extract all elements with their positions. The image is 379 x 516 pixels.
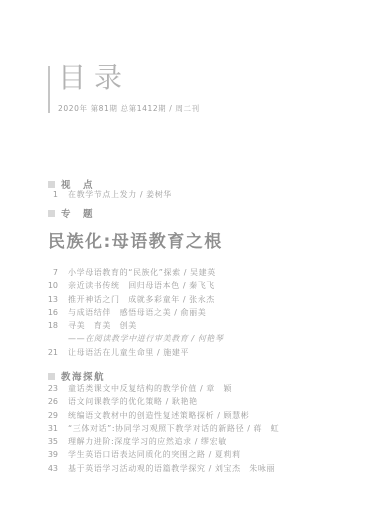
section-marker-icon (48, 373, 55, 380)
author-names: 章 颖 (206, 382, 232, 395)
article-title: 与成语结伴 感悟母语之美 (68, 306, 171, 319)
author-separator: / (209, 448, 212, 461)
author-names: 蒋 虹 (253, 422, 279, 435)
author-separator: / (191, 332, 194, 345)
toc-row: 43 基于英语学习活动观的语篇教学探究 / 刘宝杰 朱咏丽 (47, 462, 359, 475)
page-number: 21 (47, 346, 58, 359)
page-number: 7 (47, 266, 58, 279)
toc-row: 7 小学母语教育的“民族化”探索 / 吴建英 (47, 266, 359, 279)
toc-row: 10 亲近读书传统 回归母语本色 / 秦飞飞 (47, 279, 359, 292)
toc-list-viewpoint: 1 在教学节点上发力 / 姜树华 (47, 188, 359, 201)
toc-row-subtitle: ——在阅读教学中进行审美教育 / 何艳琴 (47, 332, 359, 345)
section-header-feature: 专 题 (48, 206, 94, 220)
toc-row: 21 让母语活在儿童生命里 / 施建平 (47, 346, 359, 359)
article-title: 让母语活在儿童生命里 (68, 346, 154, 359)
author-separator: / (247, 422, 250, 435)
page-number: 10 (47, 279, 58, 292)
author-names: 姜树华 (146, 188, 172, 201)
author-separator: / (200, 382, 203, 395)
toc-row: 1 在教学节点上发力 / 姜树华 (47, 188, 359, 201)
author-names: 秦飞飞 (189, 279, 215, 292)
article-title: 推开神话之门 成就多彩童年 (68, 293, 180, 306)
section-marker-icon (48, 210, 55, 217)
page-number: 13 (47, 293, 58, 306)
author-names: 顾慧彬 (224, 409, 250, 422)
article-title: 学生英语口语表达同质化的突围之路 (68, 448, 206, 461)
page-number: 23 (47, 382, 58, 395)
author-names: 张永杰 (189, 293, 215, 306)
article-title: 寻美 育美 创美 (68, 319, 137, 332)
article-title: 统编语文教材中的创造性复述策略探析 (68, 409, 214, 422)
page-number: 35 (47, 435, 58, 448)
article-title: 语文问课教学的优化策略 (68, 395, 163, 408)
article-title: 在教学节点上发力 (68, 188, 137, 201)
page-number: 31 (47, 422, 58, 435)
article-title: 亲近读书传统 回归母语本色 (68, 279, 180, 292)
issue-info: 2020年 第81期 总第1412期 / 周二刊 (58, 103, 200, 114)
author-separator: / (166, 395, 169, 408)
toc-row: 26 语文问课教学的优化策略 / 耿艳艳 (47, 395, 359, 408)
toc-row: 39 学生英语口语表达同质化的突围之路 / 夏莉莉 (47, 448, 359, 461)
author-names: 施建平 (163, 346, 189, 359)
author-separator: / (209, 462, 212, 475)
page-number: 1 (47, 188, 58, 201)
section-header-teaching: 教海探航 (48, 369, 105, 383)
page-number: 43 (47, 462, 58, 475)
page-header: 目录 2020年 第81期 总第1412期 / 周二刊 (48, 63, 200, 114)
author-separator: / (157, 346, 160, 359)
article-title: “三体对话”:协同学习观照下教学对话的新路径 (68, 422, 244, 435)
section-label: 专 题 (61, 206, 94, 220)
feature-title: 民族化:母语教育之根 (48, 227, 223, 252)
page-number: 29 (47, 409, 58, 422)
author-names: 吴建英 (190, 266, 216, 279)
section-marker-icon (48, 181, 55, 188)
toc-row: 18 寻美 育美 创美 (47, 319, 359, 332)
author-separator: / (174, 306, 177, 319)
section-label: 教海探航 (61, 369, 105, 383)
toc-row: 35 理解力进阶:深度学习的应然追求 / 缪宏敏 (47, 435, 359, 448)
page-title: 目录 (58, 63, 200, 94)
article-title: 小学母语教育的“民族化”探索 (68, 266, 181, 279)
title-rule-icon (48, 66, 50, 113)
toc-row: 23 童话类课文中反复结构的教学价值 / 章 颖 (47, 382, 359, 395)
author-separator: / (184, 266, 187, 279)
author-names: 耿艳艳 (172, 395, 198, 408)
toc-row: 13 推开神话之门 成就多彩童年 / 张永杰 (47, 293, 359, 306)
toc-row: 29 统编语文教材中的创造性复述策略探析 / 顾慧彬 (47, 409, 359, 422)
toc-page: 目录 2020年 第81期 总第1412期 / 周二刊 视 点 1 在教学节点上… (0, 0, 379, 516)
author-names: 刘宝杰 朱咏丽 (215, 462, 275, 475)
article-title: 理解力进阶:深度学习的应然追求 (68, 435, 192, 448)
page-number: 39 (47, 448, 58, 461)
page-number: 26 (47, 395, 58, 408)
article-title: 童话类课文中反复结构的教学价值 (68, 382, 197, 395)
author-names: 何艳琴 (198, 332, 224, 345)
toc-list-teaching: 23 童话类课文中反复结构的教学价值 / 章 颖 26 语文问课教学的优化策略 … (47, 382, 359, 475)
article-subtitle: ——在阅读教学中进行审美教育 (68, 332, 188, 345)
author-separator: / (195, 435, 198, 448)
author-separator: / (140, 188, 143, 201)
toc-row: 31 “三体对话”:协同学习观照下教学对话的新路径 / 蒋 虹 (47, 422, 359, 435)
article-title: 基于英语学习活动观的语篇教学探究 (68, 462, 206, 475)
author-separator: / (183, 279, 186, 292)
author-separator: / (183, 293, 186, 306)
toc-row: 16 与成语结伴 感悟母语之美 / 俞丽美 (47, 306, 359, 319)
author-separator: / (217, 409, 220, 422)
author-names: 俞丽美 (181, 306, 207, 319)
toc-list-feature: 7 小学母语教育的“民族化”探索 / 吴建英 10 亲近读书传统 回归母语本色 … (47, 266, 359, 359)
author-names: 夏莉莉 (215, 448, 241, 461)
author-names: 缪宏敏 (201, 435, 227, 448)
page-number: 18 (47, 319, 58, 332)
page-number: 16 (47, 306, 58, 319)
